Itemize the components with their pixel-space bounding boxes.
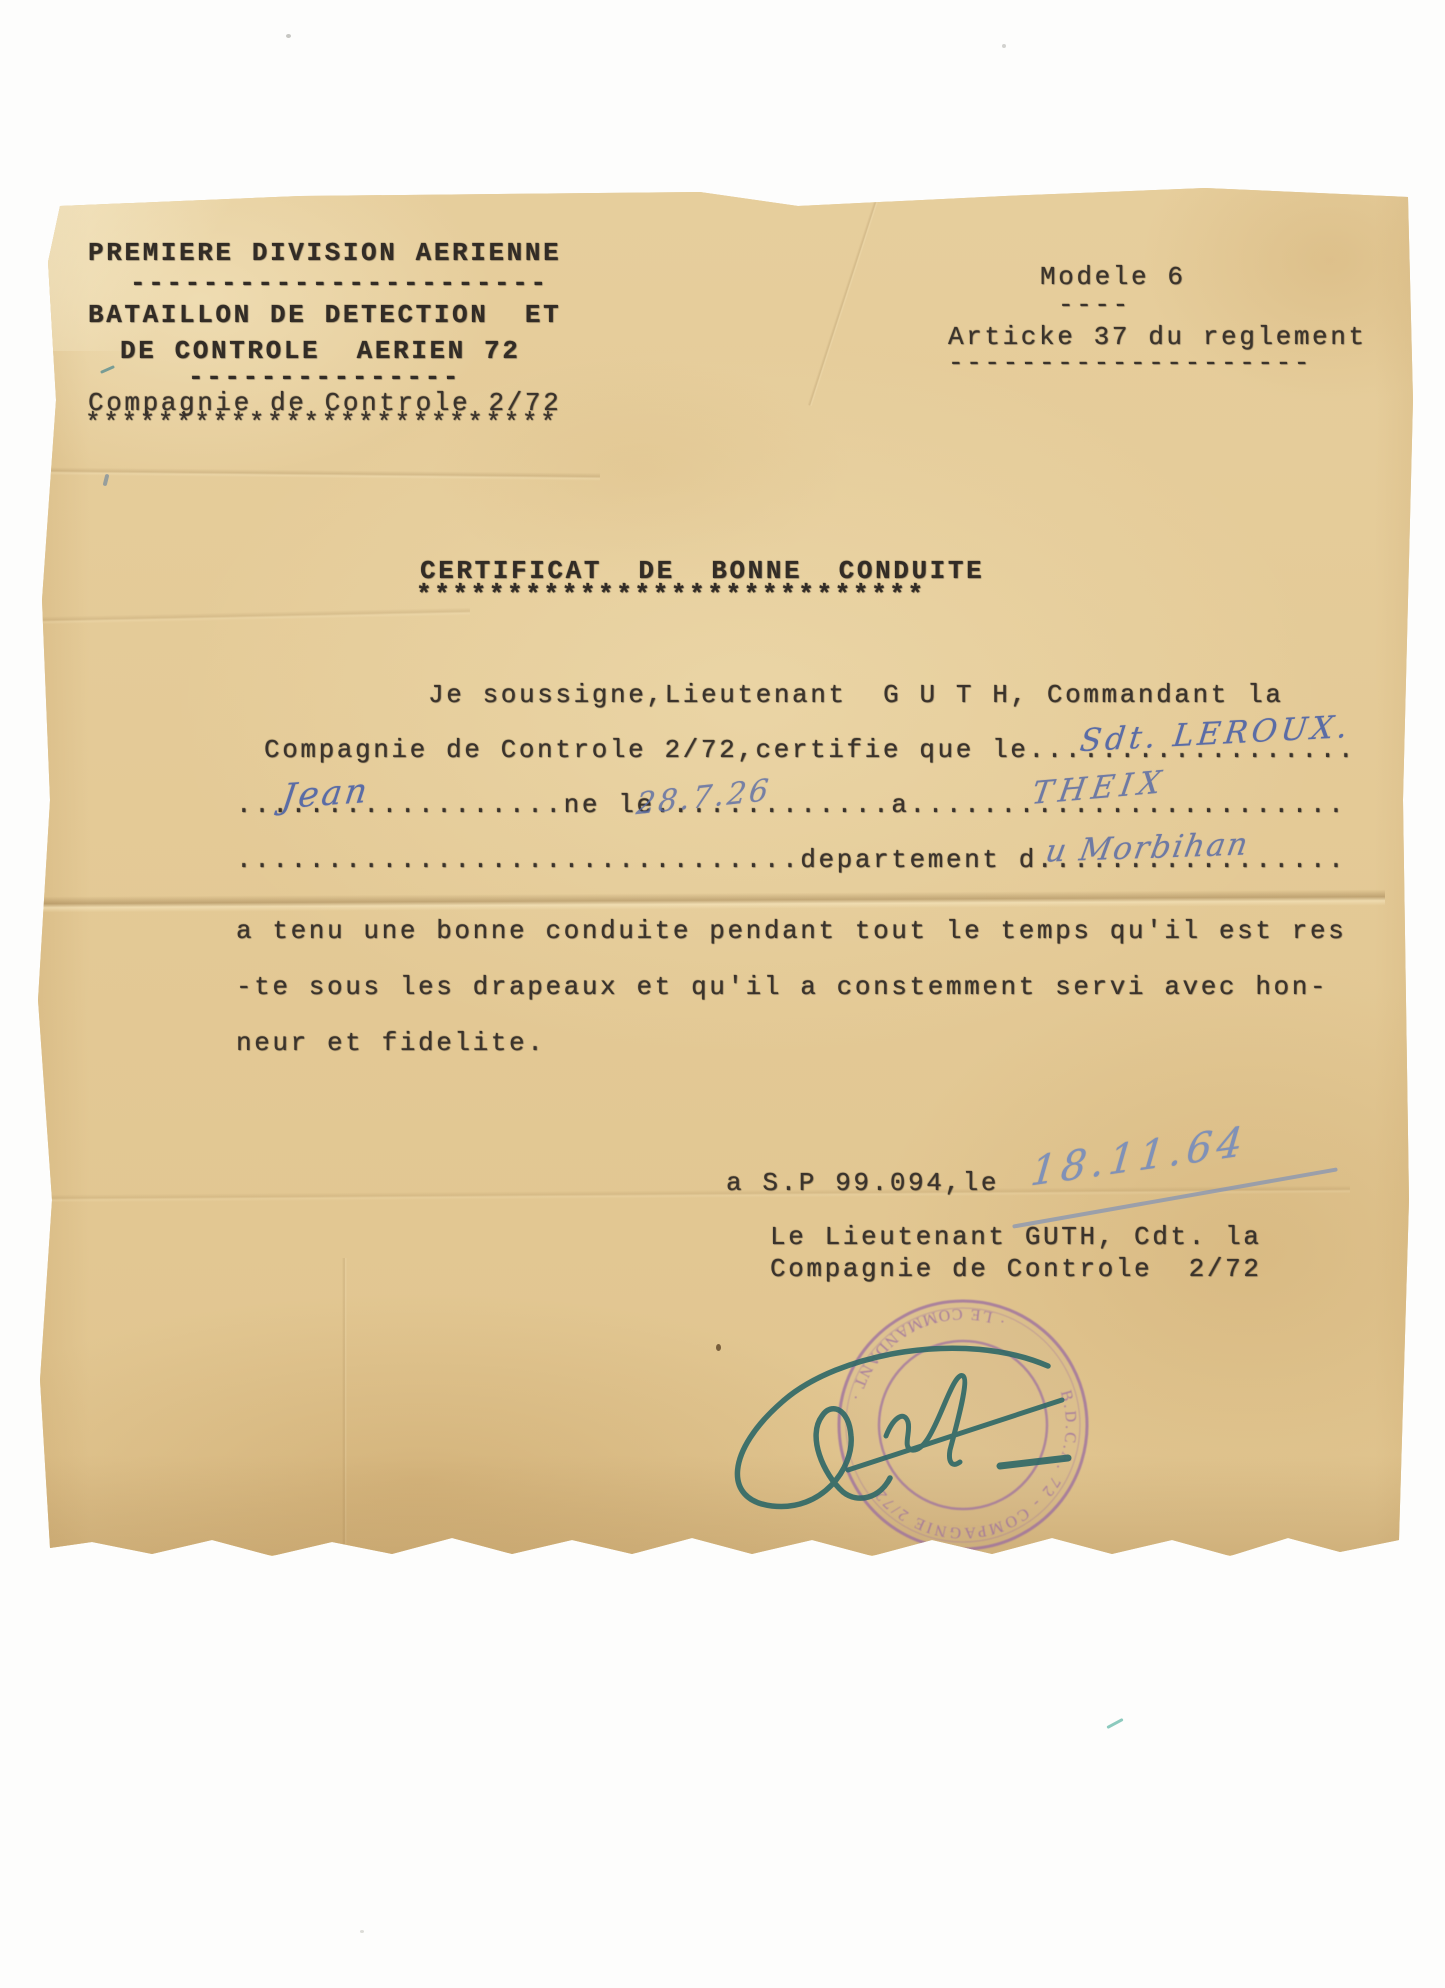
ink-mark-blue (100, 365, 115, 374)
fold-crease (342, 1258, 347, 1550)
body-line5: a tenu une bonne conduite pendant tout l… (236, 916, 1346, 946)
body-line1: Je soussigne,Lieutenant G U T H, Command… (428, 680, 1284, 710)
header-right-divider2: -------------------- (948, 348, 1312, 378)
scan-speck (1106, 1718, 1123, 1729)
fold-crease (40, 607, 470, 624)
header-right-model-line: Modele 6 (1040, 262, 1186, 292)
signature-block-line2: Compagnie de Controle 2/72 (770, 1254, 1261, 1284)
body-line7: neur et fidelite. (236, 1028, 545, 1058)
paper-sheet: PREMIERE DIVISION AERIENNE -------------… (0, 0, 1445, 1988)
document-title-underline: **************************** (416, 580, 926, 610)
signature-stroke-dash (1000, 1458, 1068, 1466)
commander-signature (660, 1330, 1160, 1560)
fold-crease (40, 467, 600, 481)
signature-stroke-letters (886, 1376, 965, 1465)
header-left-unit-line1: PREMIERE DIVISION AERIENNE (88, 238, 561, 268)
body-line6: -te sous les drapeaux et qu'il a constem… (236, 972, 1328, 1002)
ink-mark-blue (103, 474, 110, 487)
handwritten-department: u Morbihan (1043, 826, 1252, 869)
fold-crease (807, 191, 881, 407)
dateline-typed: a S.P 99.094,le (726, 1168, 999, 1198)
scanned-document-canvas: PREMIERE DIVISION AERIENNE -------------… (0, 0, 1445, 1988)
header-right-divider1: ---- (1058, 290, 1131, 320)
handwritten-firstname: Jean (279, 771, 372, 818)
body-line3-typed: ..................ne le.............a...… (236, 790, 1346, 820)
scan-speck (360, 1930, 364, 1933)
header-left-unit-line2: BATAILLON DE DETECTION ET (88, 300, 561, 330)
scan-speck (286, 34, 291, 38)
header-left-divider3: ************************** (85, 408, 558, 438)
signature-block-line1: Le Lieutenant GUTH, Cdt. la (770, 1222, 1261, 1252)
handwritten-date: 18.11.64 (1029, 1118, 1250, 1196)
header-left-divider1: ----------------------- (130, 268, 549, 298)
fold-crease (40, 889, 1385, 912)
scan-speck (1002, 44, 1006, 48)
